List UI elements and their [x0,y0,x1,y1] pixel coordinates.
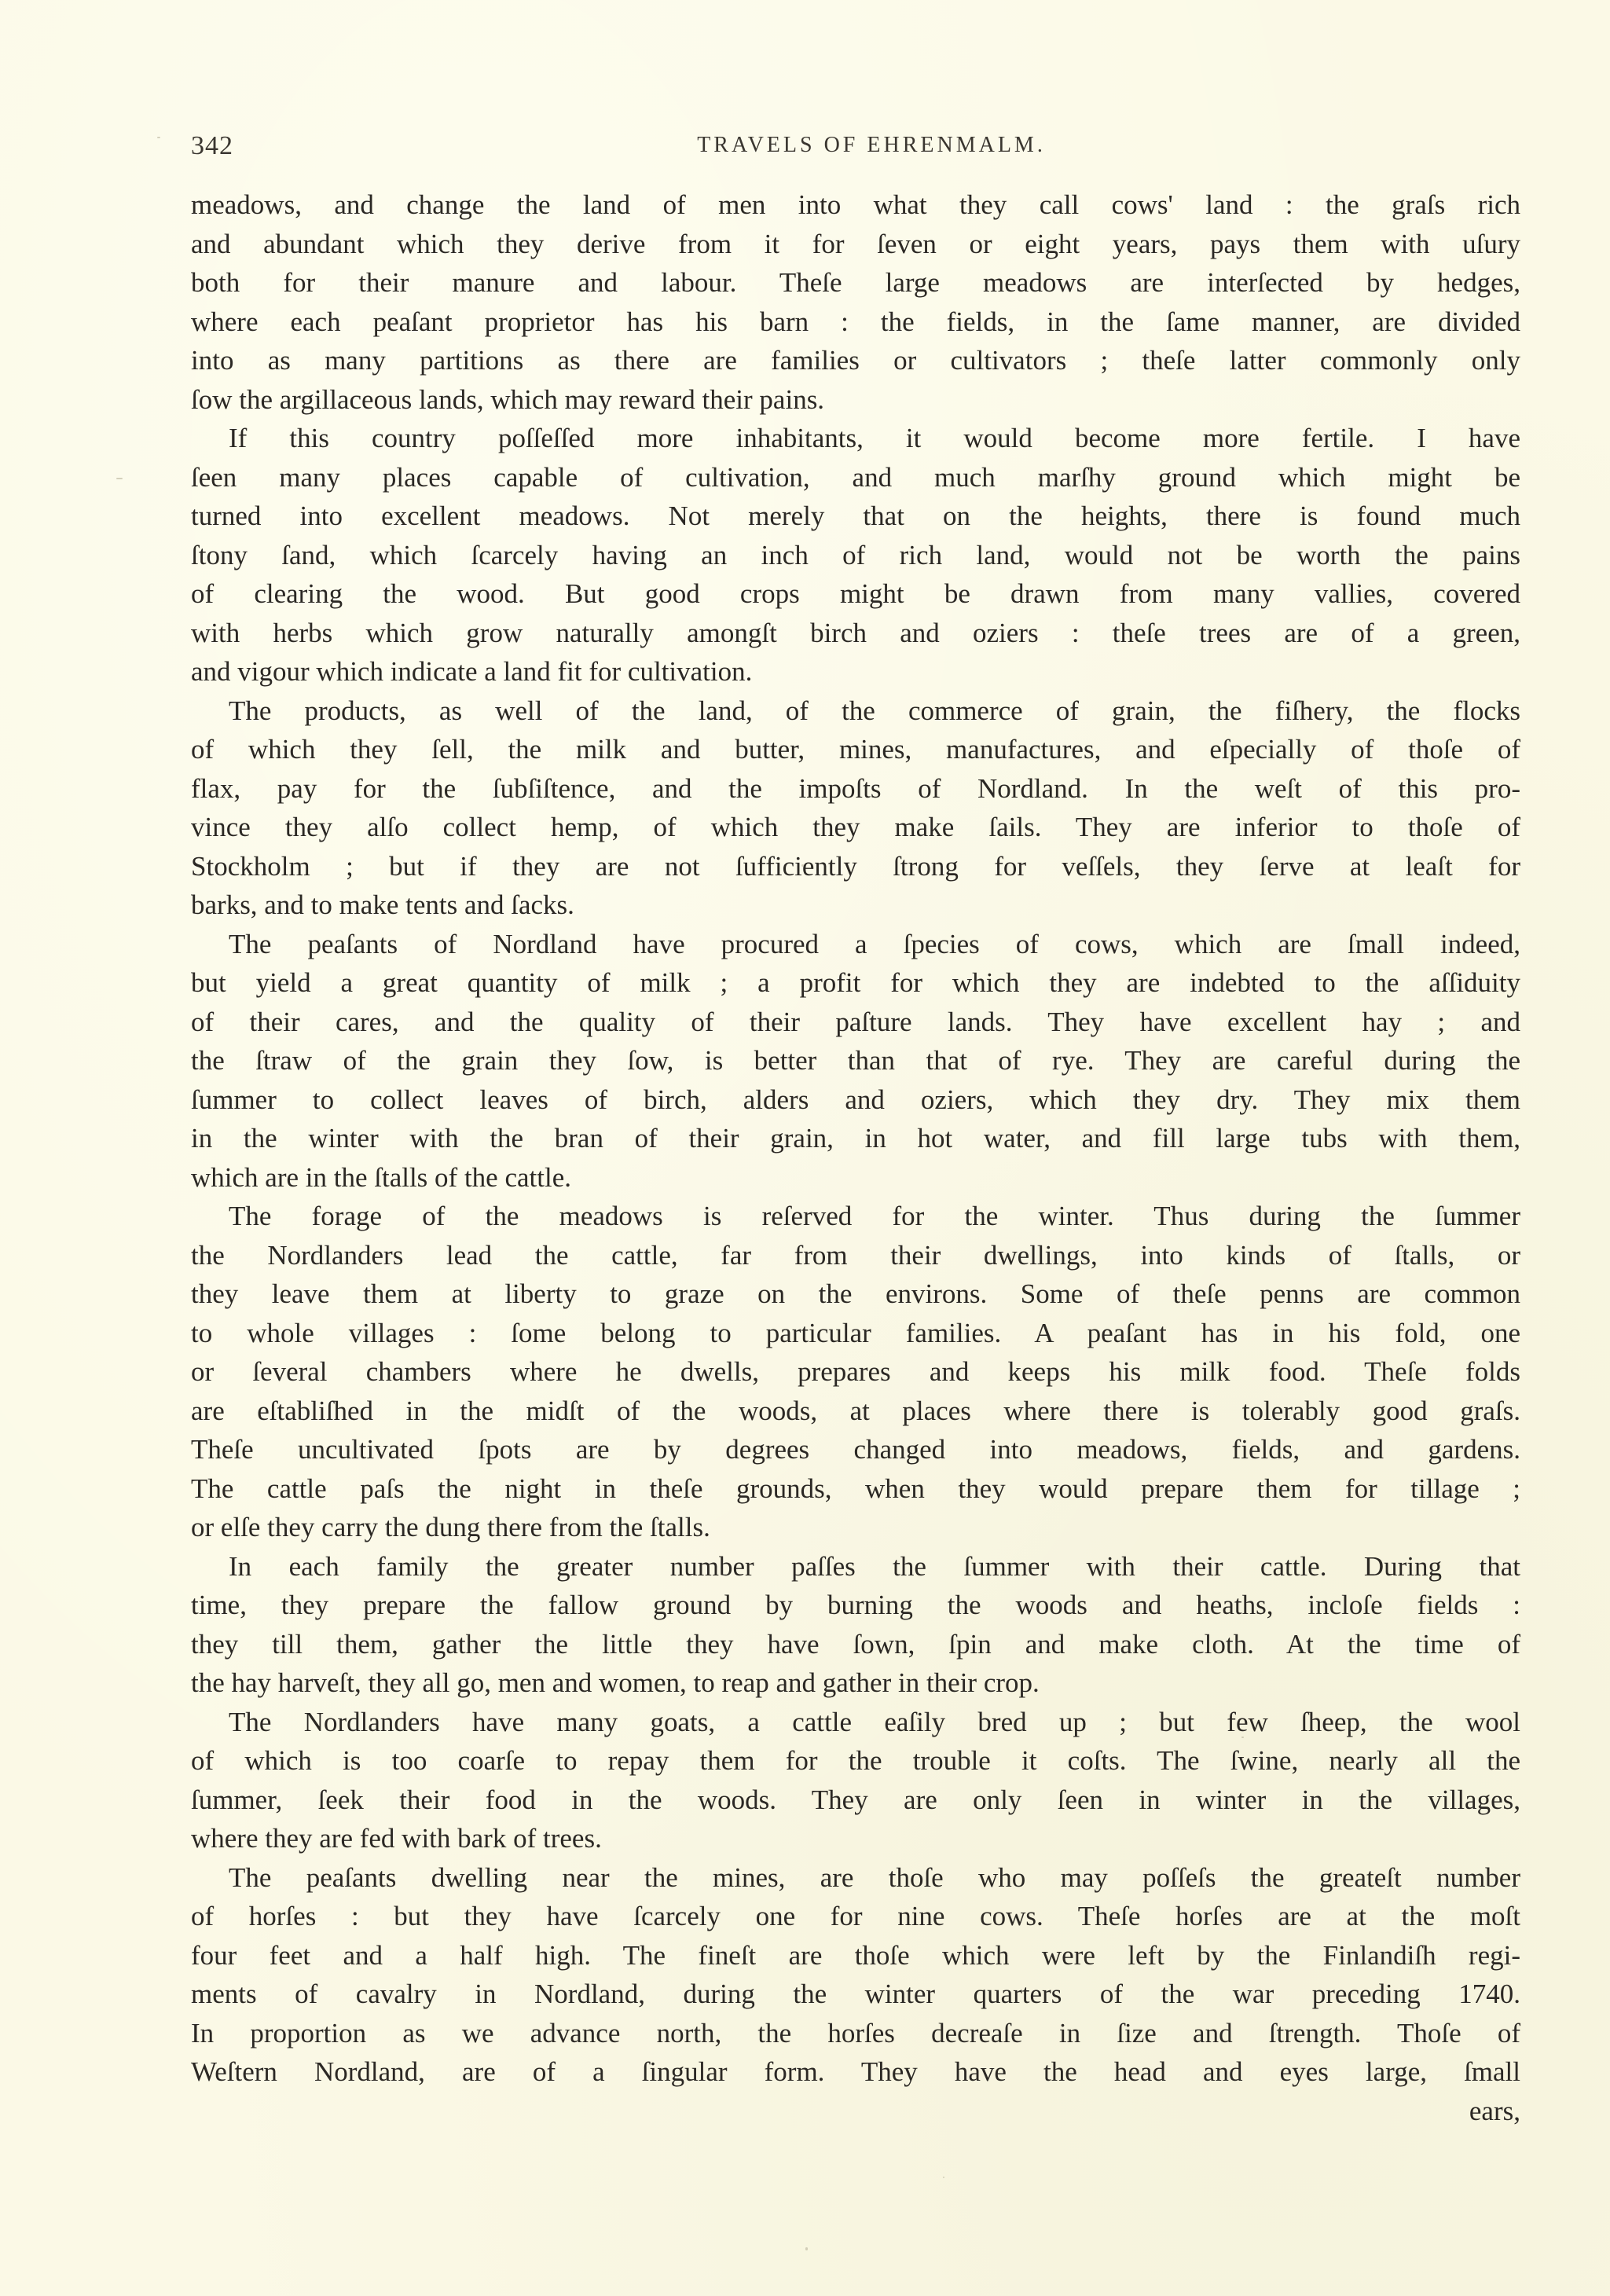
running-title: TRAVELS OF EHRENMALM. [191,133,1520,158]
text-line: both for their manure and labour. Theſe … [191,263,1520,303]
text-line: The forage of the meadows is reſerved fo… [191,1197,1520,1236]
text-line: or ſeveral chambers where he dwells, pre… [191,1352,1520,1392]
text-line: are eſtabliſhed in the midſt of the wood… [191,1392,1520,1431]
text-line: but yield a great quantity of milk ; a p… [191,963,1520,1003]
text-line: time, they prepare the fallow ground by … [191,1586,1520,1625]
paper-speck [116,478,123,479]
text-line: The cattle paſs the night in theſe groun… [191,1469,1520,1509]
text-line: ſow the argillaceous lands, which may re… [191,380,1520,420]
text-line: and abundant which they derive from it f… [191,225,1520,264]
running-head: 342 TRAVELS OF EHRENMALM. [191,128,1520,163]
text-line: Theſe uncultivated ſpots are by degrees … [191,1430,1520,1469]
paragraph: The peaſants of Nordland have procured a… [191,925,1520,1198]
text-line: flax, pay for the ſubſiſtence, and the i… [191,769,1520,809]
text-line: The peaſants of Nordland have procured a… [191,925,1520,964]
text-line: ſeen many places capable of cultivation,… [191,458,1520,497]
text-line: which are in the ſtalls of the cattle. [191,1158,1520,1198]
text-line: of their cares, and the quality of their… [191,1003,1520,1042]
text-line: the ſtraw of the grain they ſow, is bett… [191,1041,1520,1080]
text-line: vince they alſo collect hemp, of which t… [191,808,1520,847]
text-line: they till them, gather the little they h… [191,1625,1520,1664]
text-line: Stockholm ; but if they are not ſufficie… [191,847,1520,886]
text-line: into as many partitions as there are fam… [191,341,1520,380]
body-text: meadows, and change the land of men into… [191,185,1520,2130]
text-line: In each family the greater number paſſes… [191,1547,1520,1586]
text-line: four feet and a half high. The fineſt ar… [191,1936,1520,1975]
text-line: If this country poſſeſſed more inhabitan… [191,419,1520,458]
text-line: the Nordlanders lead the cattle, far fro… [191,1236,1520,1275]
text-line: of clearing the wood. But good crops mig… [191,574,1520,614]
text-line: they leave them at liberty to graze on t… [191,1275,1520,1314]
text-line: where they are fed with bark of trees. [191,1819,1520,1858]
paragraph: If this country poſſeſſed more inhabitan… [191,419,1520,691]
text-line: barks, and to make tents and ſacks. [191,886,1520,925]
text-line: of horſes : but they have ſcarcely one f… [191,1897,1520,1936]
text-line: and vigour which indicate a land fit for… [191,652,1520,691]
text-line: In proportion as we advance north, the h… [191,2014,1520,2053]
text-line: to whole villages : ſome belong to parti… [191,1314,1520,1353]
paragraph: The products, as well of the land, of th… [191,691,1520,925]
text-line: ſummer to collect leaves of birch, alder… [191,1080,1520,1120]
paragraph: meadows, and change the land of men into… [191,185,1520,419]
text-line: of which is too coarſe to repay them for… [191,1741,1520,1781]
paragraph: In each family the greater number paſſes… [191,1547,1520,1703]
text-line: ments of cavalry in Nordland, during the… [191,1975,1520,2014]
book-page: 342 TRAVELS OF EHRENMALM. meadows, and c… [0,0,1610,2296]
text-line: Weſtern Nordland, are of a ſingular form… [191,2052,1520,2092]
paper-speck [1241,1737,1244,1738]
text-line: of which they ſell, the milk and butter,… [191,730,1520,769]
text-line: turned into excellent meadows. Not merel… [191,497,1520,536]
text-line: the hay harveſt, they all go, men and wo… [191,1663,1520,1703]
text-line: meadows, and change the land of men into… [191,185,1520,225]
text-line: The products, as well of the land, of th… [191,691,1520,731]
paper-speck [801,864,804,867]
paragraph: The Nordlanders have many goats, a cattl… [191,1703,1520,1858]
text-line: ſtony ſand, which ſcarcely having an inc… [191,536,1520,575]
text-line: in the winter with the bran of their gra… [191,1119,1520,1158]
paper-speck [157,137,160,138]
text-line: with herbs which grow naturally amongſt … [191,614,1520,653]
paragraph: The peaſants dwelling near the mines, ar… [191,1858,1520,2092]
paragraph: The forage of the meadows is reſerved fo… [191,1197,1520,1547]
text-line: The peaſants dwelling near the mines, ar… [191,1858,1520,1898]
paper-speck [943,2177,944,2178]
text-line: ſummer, ſeek their food in the woods. Th… [191,1781,1520,1820]
text-line: The Nordlanders have many goats, a cattl… [191,1703,1520,1742]
text-line: or elſe they carry the dung there from t… [191,1508,1520,1547]
catchword: ears, [191,2092,1520,2131]
text-line: where each peaſant proprietor has his ba… [191,303,1520,342]
paper-speck [805,2247,808,2250]
